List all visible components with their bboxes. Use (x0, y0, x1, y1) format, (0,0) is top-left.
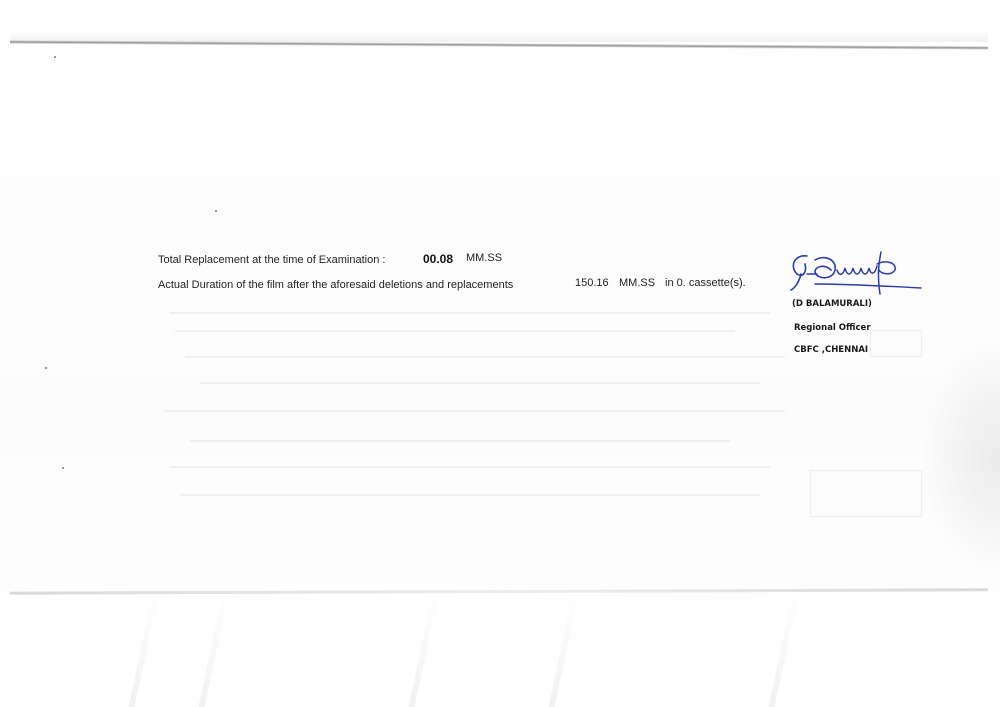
cassette-count: in 0. cassette(s). (665, 277, 746, 289)
signatory-designation: Regional Officer (794, 323, 871, 333)
bleed-through-line (200, 382, 760, 384)
bleed-through-line (170, 466, 770, 468)
bleed-through-line (170, 312, 770, 314)
bleed-through-line (175, 330, 735, 332)
duration-unit: MM.SS (619, 277, 655, 289)
scan-streak (548, 598, 577, 707)
scan-speck (62, 467, 64, 469)
scan-speck (45, 367, 47, 369)
scan-streak (768, 598, 797, 707)
replacement-unit: MM.SS (466, 252, 502, 264)
scan-streak (198, 598, 227, 707)
signatory-name: (D BALAMURALI) (792, 299, 872, 309)
bottom-fold-line (10, 588, 988, 594)
replacement-label: Total Replacement at the time of Examina… (158, 254, 385, 266)
bleed-through-line (185, 356, 785, 358)
signature-icon (785, 248, 925, 298)
bleed-through-box (870, 330, 922, 357)
scan-speck (215, 210, 217, 212)
scan-streak (408, 598, 437, 707)
scanned-page: Total Replacement at the time of Examina… (0, 0, 1000, 707)
scan-speck (54, 56, 56, 58)
signatory-office: CBFC ,CHENNAI (794, 345, 868, 355)
bleed-through-box (810, 470, 922, 517)
bleed-through-line (180, 494, 760, 496)
edge-shadow (920, 340, 1000, 580)
scan-streak (128, 598, 157, 707)
duration-value: 150.16 (575, 277, 609, 289)
bleed-through-line (190, 440, 730, 442)
duration-label: Actual Duration of the film after the af… (158, 279, 513, 291)
bleed-through-line (165, 410, 785, 412)
replacement-value: 00.08 (423, 252, 453, 266)
